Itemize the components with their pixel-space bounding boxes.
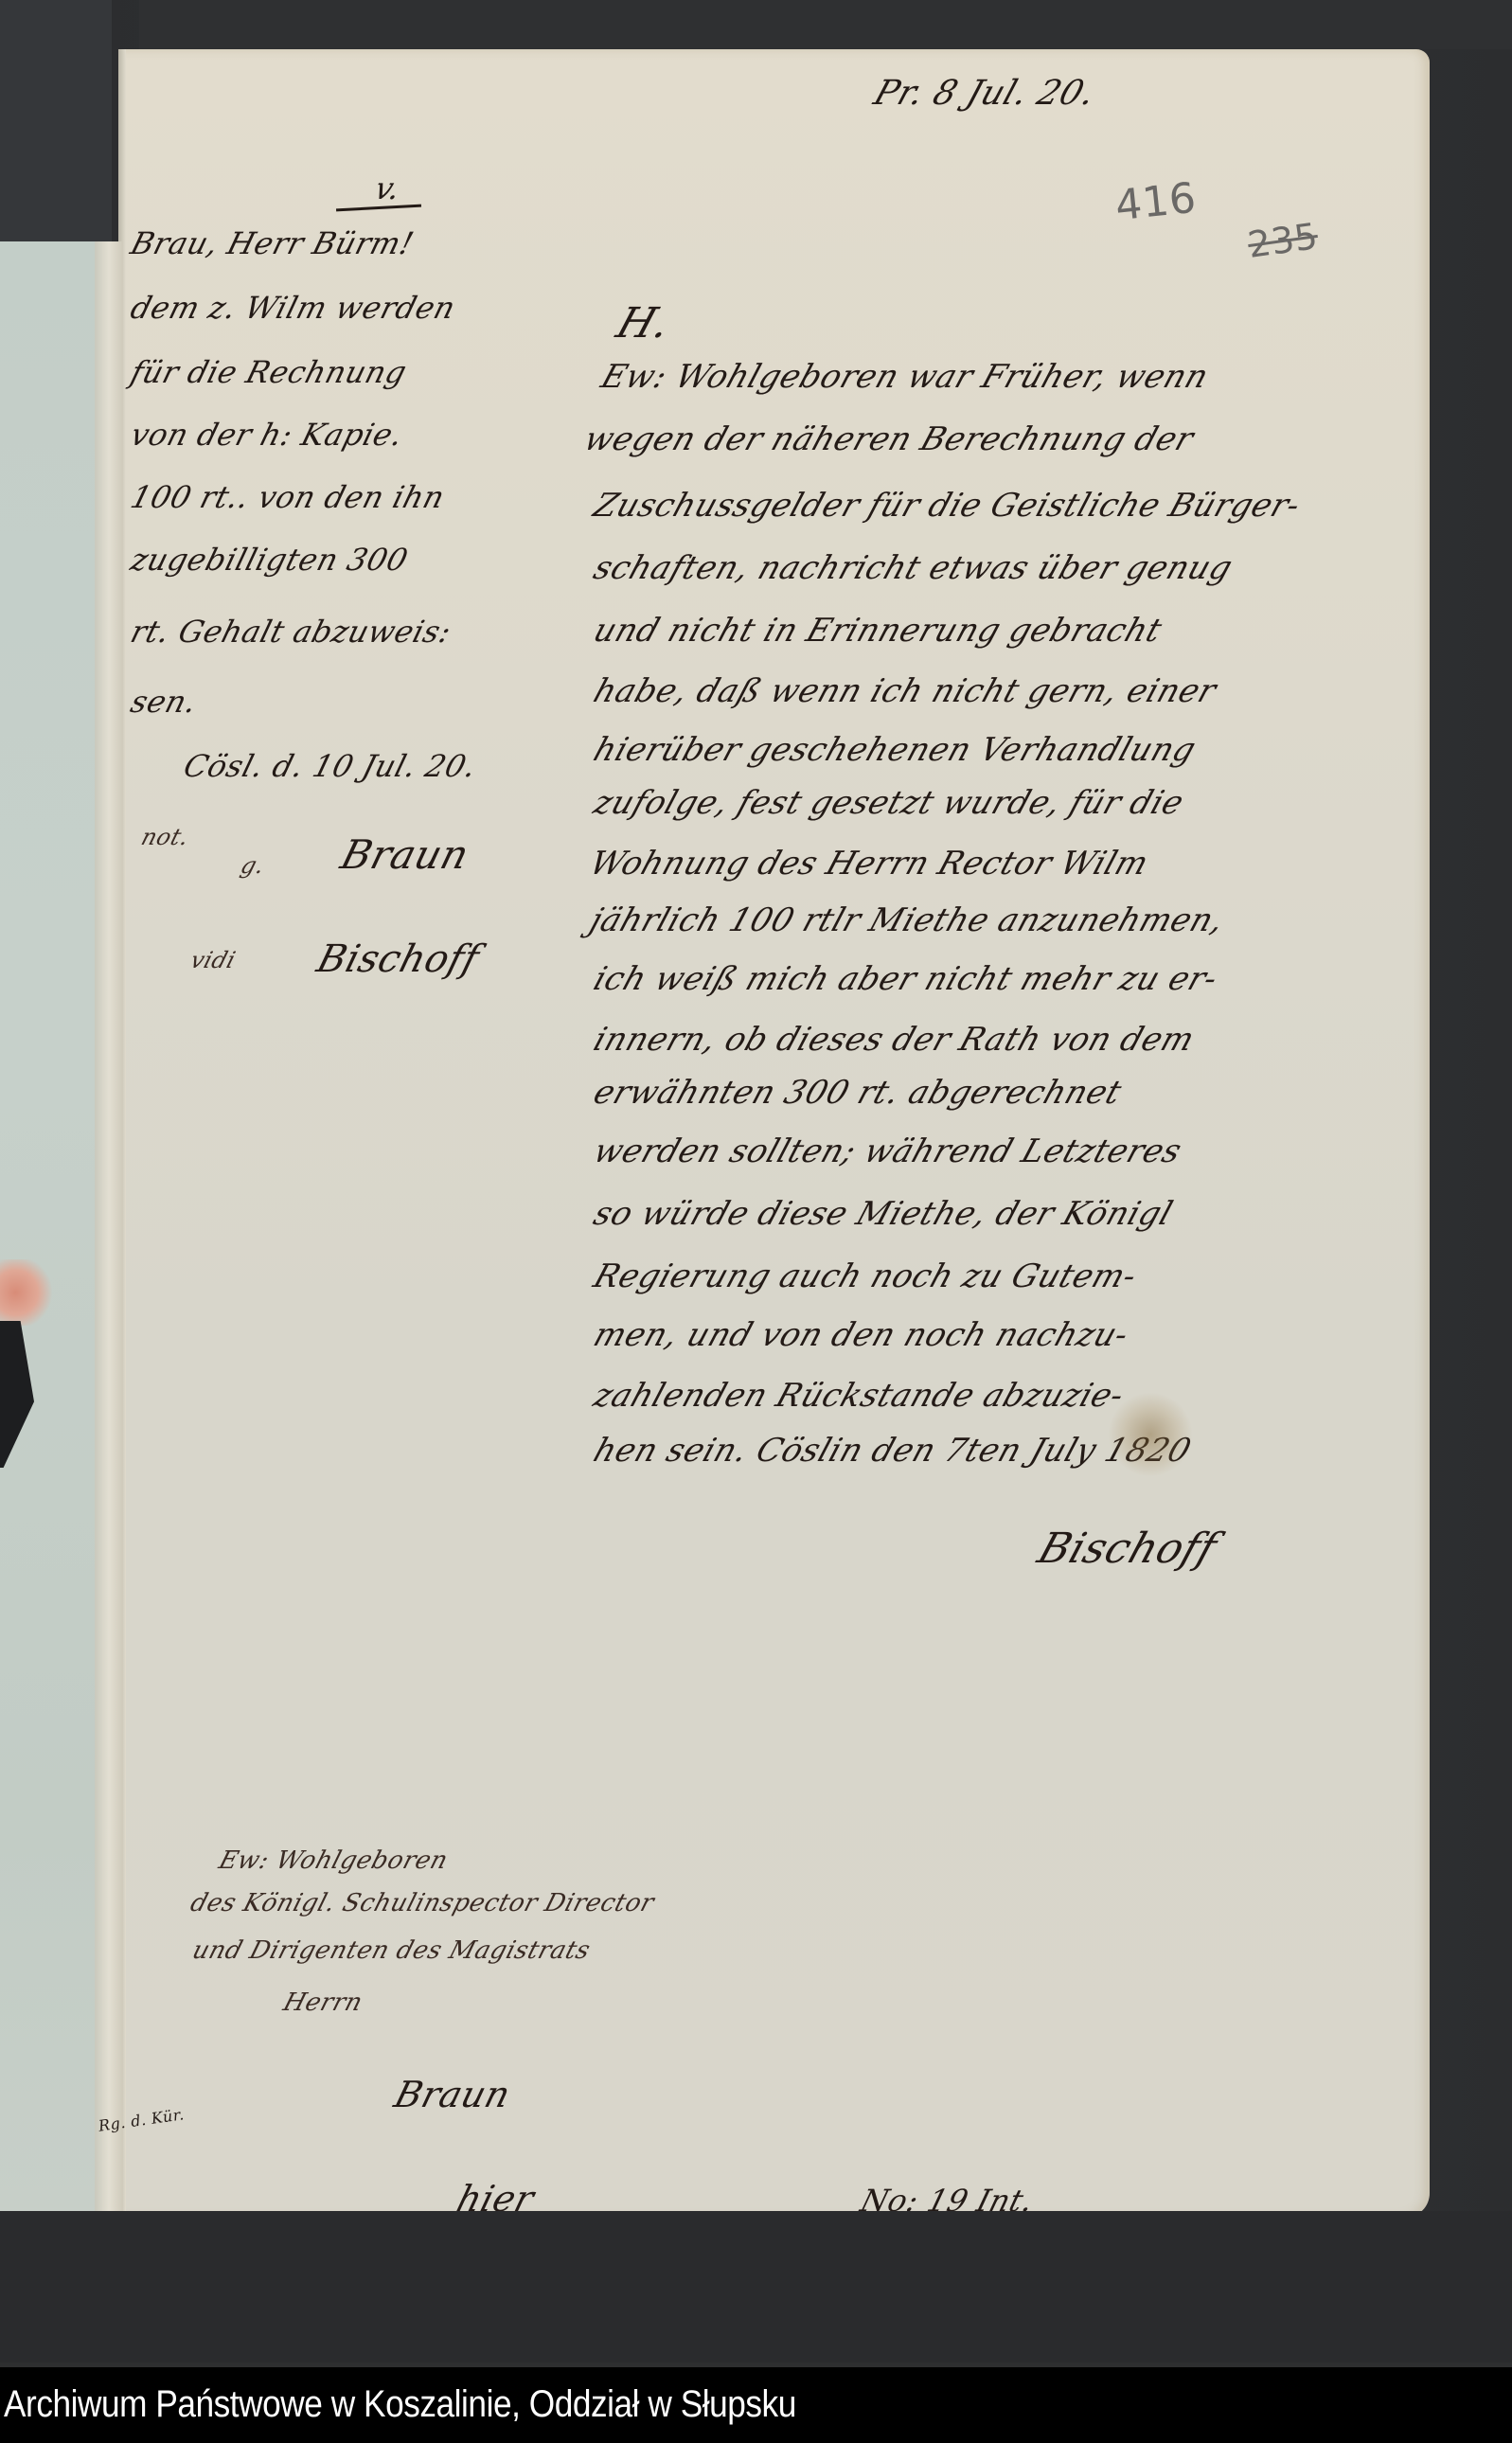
letter-line: erwähnten 300 rt. abgerechnet — [589, 1074, 1127, 1112]
binding-spine — [95, 241, 123, 2211]
red-wax-stain — [0, 1259, 52, 1326]
address-line: Herrn — [280, 1988, 366, 2017]
letter-line: Zuschussgelder für die Geistliche Bürger… — [589, 487, 1306, 525]
mounting-board-top — [139, 0, 1512, 49]
margin-date-line: Cösl. d. 10 Jul. 20. — [180, 748, 481, 784]
archive-caption: Archiwum Państwowe w Koszalinie, Oddział… — [4, 2383, 796, 2426]
letter-line: hierüber geschehenen Verhandlung — [589, 731, 1201, 769]
letter-line: innern, ob dieses der Rath von dem — [589, 1021, 1200, 1059]
margin-line: für die Rechnung — [127, 354, 411, 390]
margin-line: 100 rt.. von den ihn — [127, 479, 449, 515]
address-signature-braun: Braun — [390, 2074, 515, 2115]
letter-line: wegen der näheren Berechnung der — [579, 420, 1199, 458]
letter-line: Ew: Wohlgeboren war Früher, wenn — [596, 358, 1214, 396]
letter-line: schaften, nachricht etwas über genug — [589, 549, 1237, 587]
margin-line: sen. — [127, 684, 201, 720]
letter-line: habe, daß wenn ich nicht gern, einer — [589, 672, 1221, 710]
letter-line: men, und von den noch nachzu- — [589, 1316, 1133, 1354]
margin-line: von der h: Kapie. — [127, 417, 407, 453]
letter-line: Wohnung des Herrn Rector Wilm — [585, 845, 1153, 883]
vidi-signature: Bischoff — [312, 937, 484, 981]
address-line: des Königl. Schulinspector Director — [187, 1889, 658, 1917]
letter-line: werden sollten; während Letzteres — [589, 1132, 1186, 1170]
address-line: und Dirigenten des Magistrats — [189, 1936, 594, 1965]
letter-line: zahlenden Rückstande abzuzie- — [589, 1377, 1129, 1415]
vidi-label: vidi — [187, 947, 239, 973]
letter-line: und nicht in Erinnerung gebracht — [589, 612, 1166, 650]
spine-note: Rg. d. Kür. — [98, 2114, 124, 2134]
mounting-board-bottom — [0, 2211, 1512, 2363]
letter-line: jährlich 100 rtlr Miethe anzunehmen, — [585, 901, 1229, 939]
address-line: Ew: Wohlgeboren — [216, 1846, 452, 1875]
letter-signature: Bischoff — [1032, 1525, 1223, 1573]
date-note: Pr. 8 Jul. 20. — [869, 74, 1100, 113]
folio-number: 416 — [1113, 174, 1199, 231]
margin-line: zugebilligten 300 — [127, 542, 412, 578]
letter-line: ich weiß mich aber nicht mehr zu er- — [589, 960, 1222, 998]
margin-abbrev: not. — [138, 824, 192, 850]
margin-line: Brau, Herr Bürm! — [127, 225, 418, 261]
margin-line: rt. Gehalt abzuweis: — [127, 614, 455, 650]
margin-line: dem z. Wilm werden — [127, 290, 459, 326]
mounting-board — [0, 0, 112, 241]
margin-signature: Braun — [336, 831, 474, 878]
letter-line: Regierung auch noch zu Gutem- — [589, 1257, 1142, 1295]
letter-line: zufolge, fest gesetzt wurde, für die — [589, 784, 1188, 822]
letter-line: so würde diese Miethe, der Königl — [589, 1195, 1178, 1233]
